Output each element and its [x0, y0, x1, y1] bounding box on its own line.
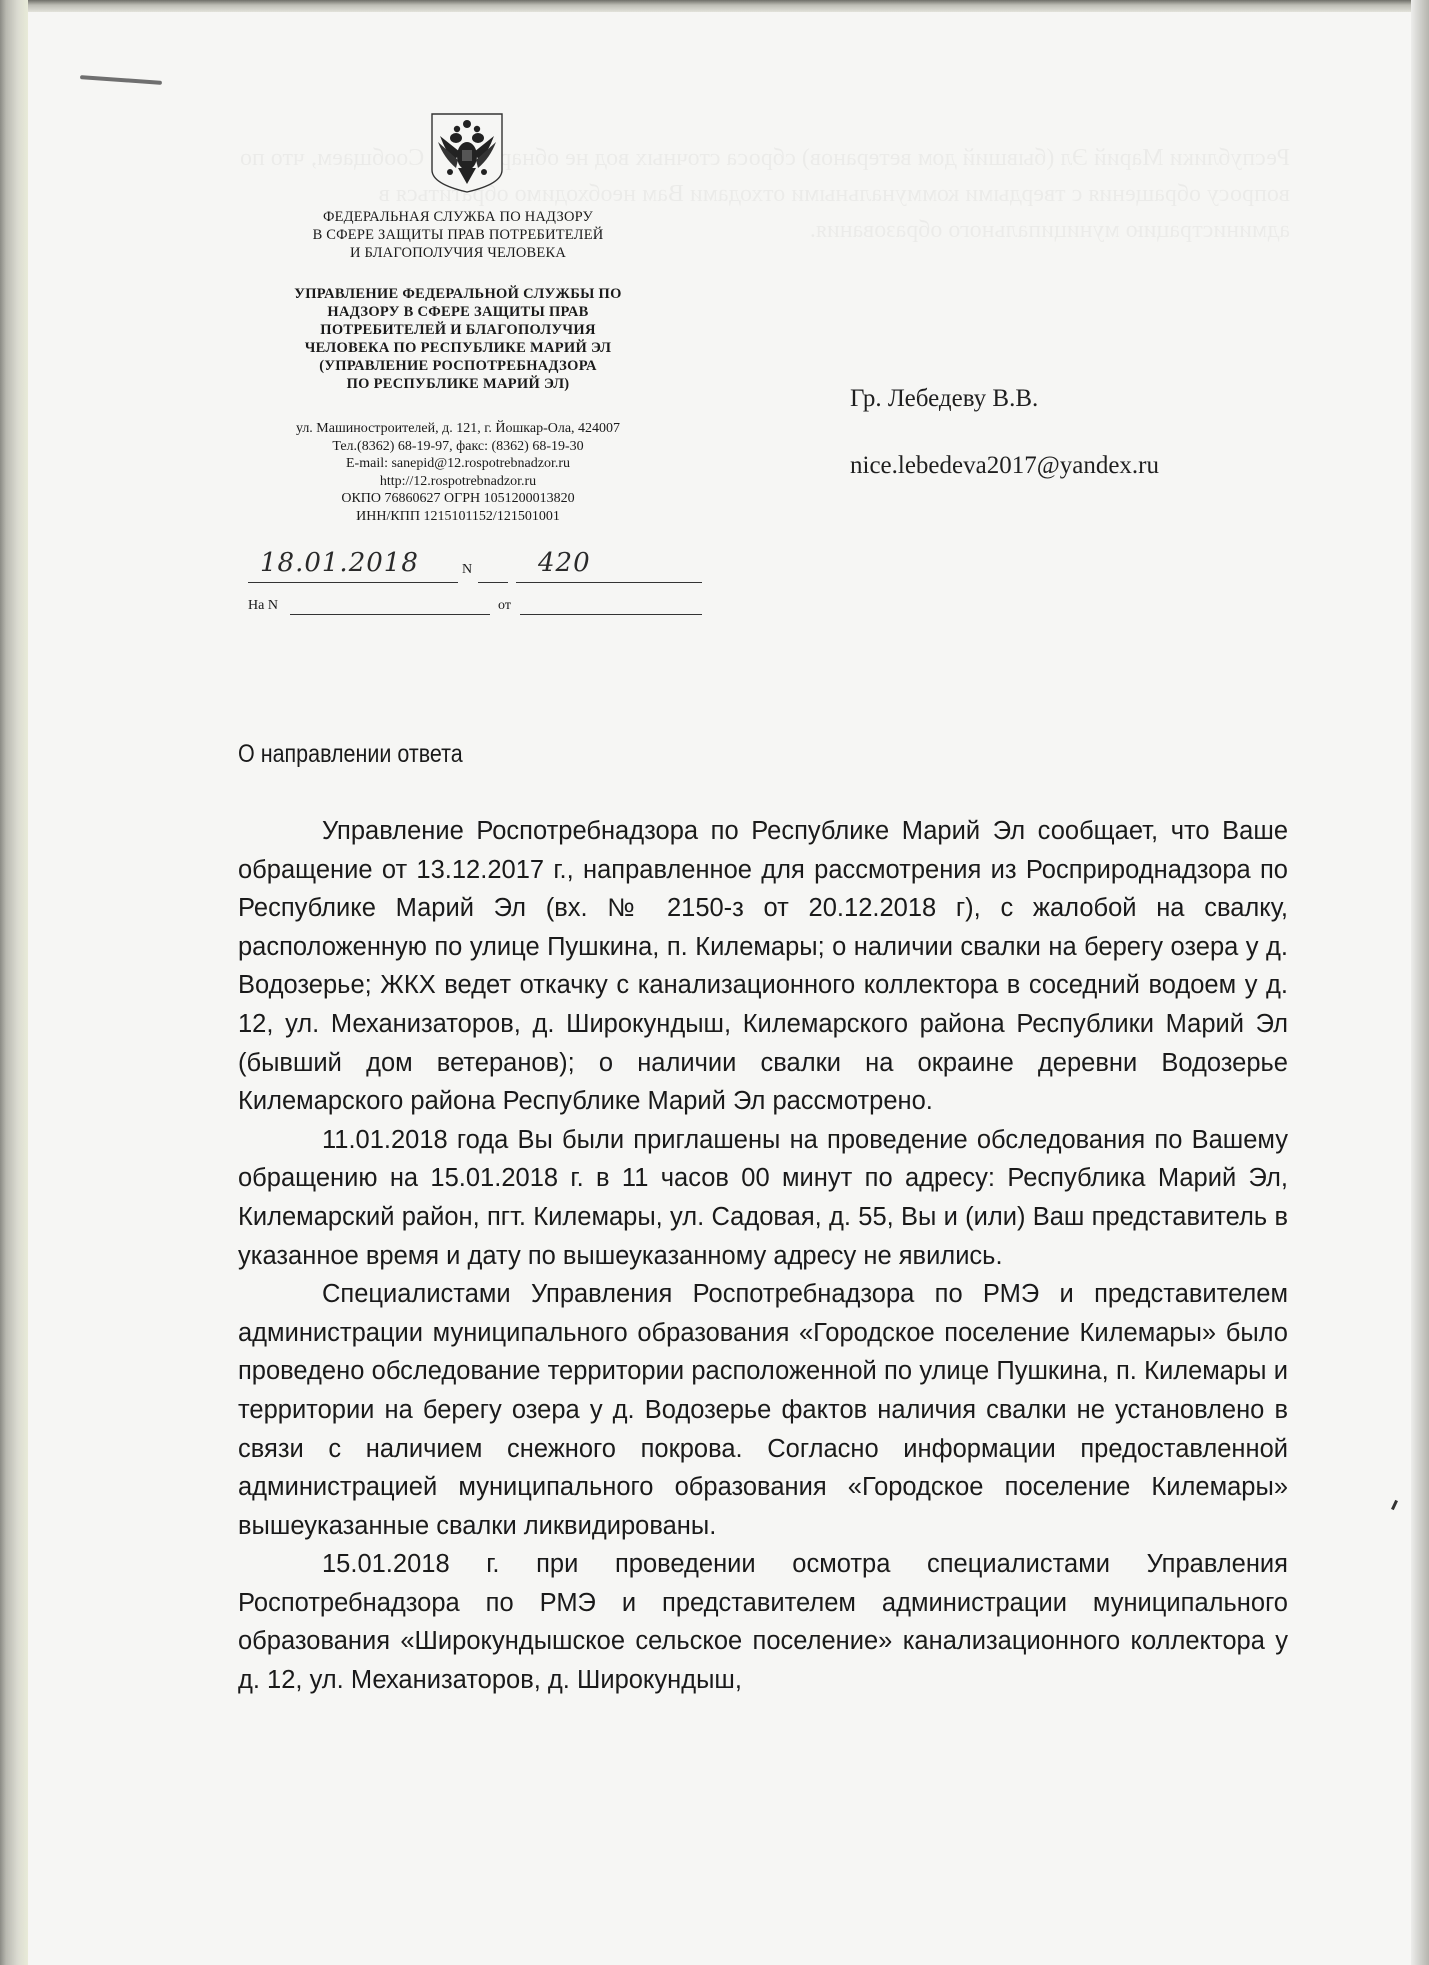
- department-line: ЧЕЛОВЕКА ПО РЕСПУБЛИКЕ МАРИЙ ЭЛ: [230, 339, 686, 357]
- phone-fax-line: Тел.(8362) 68-19-97, факс: (8362) 68-19-…: [230, 438, 686, 456]
- scan-edge-top: [0, 0, 1429, 12]
- department-line: ПОТРЕБИТЕЛЕЙ И БЛАГОПОЛУЧИЯ: [230, 321, 686, 339]
- department-line: НАДЗОРУ В СФЕРЕ ЗАЩИТЫ ПРАВ: [230, 303, 686, 321]
- contact-block: ул. Машиностроителей, д. 121, г. Йошкар-…: [230, 420, 686, 525]
- letter-body: Управление Роспотребнадзора по Республик…: [238, 812, 1288, 1700]
- body-paragraph: Специалистами Управления Роспотребнадзор…: [238, 1275, 1288, 1545]
- reference-date-label: от: [498, 598, 511, 614]
- number-label: N: [462, 562, 472, 578]
- reference-number-underline: [290, 614, 490, 615]
- body-paragraph: 15.01.2018 г. при проведении осмотра спе…: [238, 1545, 1288, 1699]
- handwritten-date: 18.01.2018: [260, 548, 419, 578]
- email-line: E-mail: sanepid@12.rospotrebnadzor.ru: [230, 455, 686, 473]
- letter-subject: О направлении ответа: [238, 740, 463, 769]
- body-paragraph: 11.01.2018 года Вы были приглашены на пр…: [238, 1121, 1288, 1275]
- okpo-ogrn-line: ОКПО 76860627 ОГРН 1051200013820: [230, 490, 686, 508]
- reference-date-underline: [520, 614, 702, 615]
- handwritten-number: 420: [538, 548, 591, 578]
- addressee-email: nice.lebedeva2017@yandex.ru: [850, 452, 1159, 480]
- federal-service-line: В СФЕРЕ ЗАЩИТЫ ПРАВ ПОТРЕБИТЕЛЕЙ: [230, 226, 686, 244]
- department-line: ПО РЕСПУБЛИКЕ МАРИЙ ЭЛ): [230, 375, 686, 393]
- federal-service-line: ФЕДЕРАЛЬНАЯ СЛУЖБА ПО НАДЗОРУ: [230, 208, 686, 226]
- department-line: (УПРАВЛЕНИЕ РОСПОТРЕБНАДЗОРА: [230, 357, 686, 375]
- department-line: УПРАВЛЕНИЕ ФЕДЕРАЛЬНОЙ СЛУЖБЫ ПО: [230, 285, 686, 303]
- scan-edge-right: [1411, 0, 1429, 1965]
- reference-number-label: На N: [248, 598, 278, 614]
- date-underline: [248, 582, 458, 583]
- reference-row: На N от: [248, 596, 698, 618]
- federal-service-line: И БЛАГОПОЛУЧИЯ ЧЕЛОВЕКА: [230, 244, 686, 262]
- registration-row: 18.01.2018 N 420: [248, 548, 698, 584]
- federal-service-name: ФЕДЕРАЛЬНАЯ СЛУЖБА ПО НАДЗОРУ В СФЕРЕ ЗА…: [230, 208, 686, 262]
- department-name: УПРАВЛЕНИЕ ФЕДЕРАЛЬНОЙ СЛУЖБЫ ПО НАДЗОРУ…: [230, 285, 686, 393]
- number-underline: [478, 582, 508, 583]
- number-underline: [516, 582, 702, 583]
- website-line: http://12.rospotrebnadzor.ru: [230, 473, 686, 491]
- scan-edge-left: [0, 0, 28, 1965]
- body-paragraph: Управление Роспотребнадзора по Республик…: [238, 812, 1288, 1121]
- address-line: ул. Машиностроителей, д. 121, г. Йошкар-…: [230, 420, 686, 438]
- coat-of-arms-icon: [430, 112, 504, 194]
- addressee-name: Гр. Лебедеву В.В.: [850, 385, 1038, 413]
- inn-kpp-line: ИНН/КПП 1215101152/121501001: [230, 508, 686, 526]
